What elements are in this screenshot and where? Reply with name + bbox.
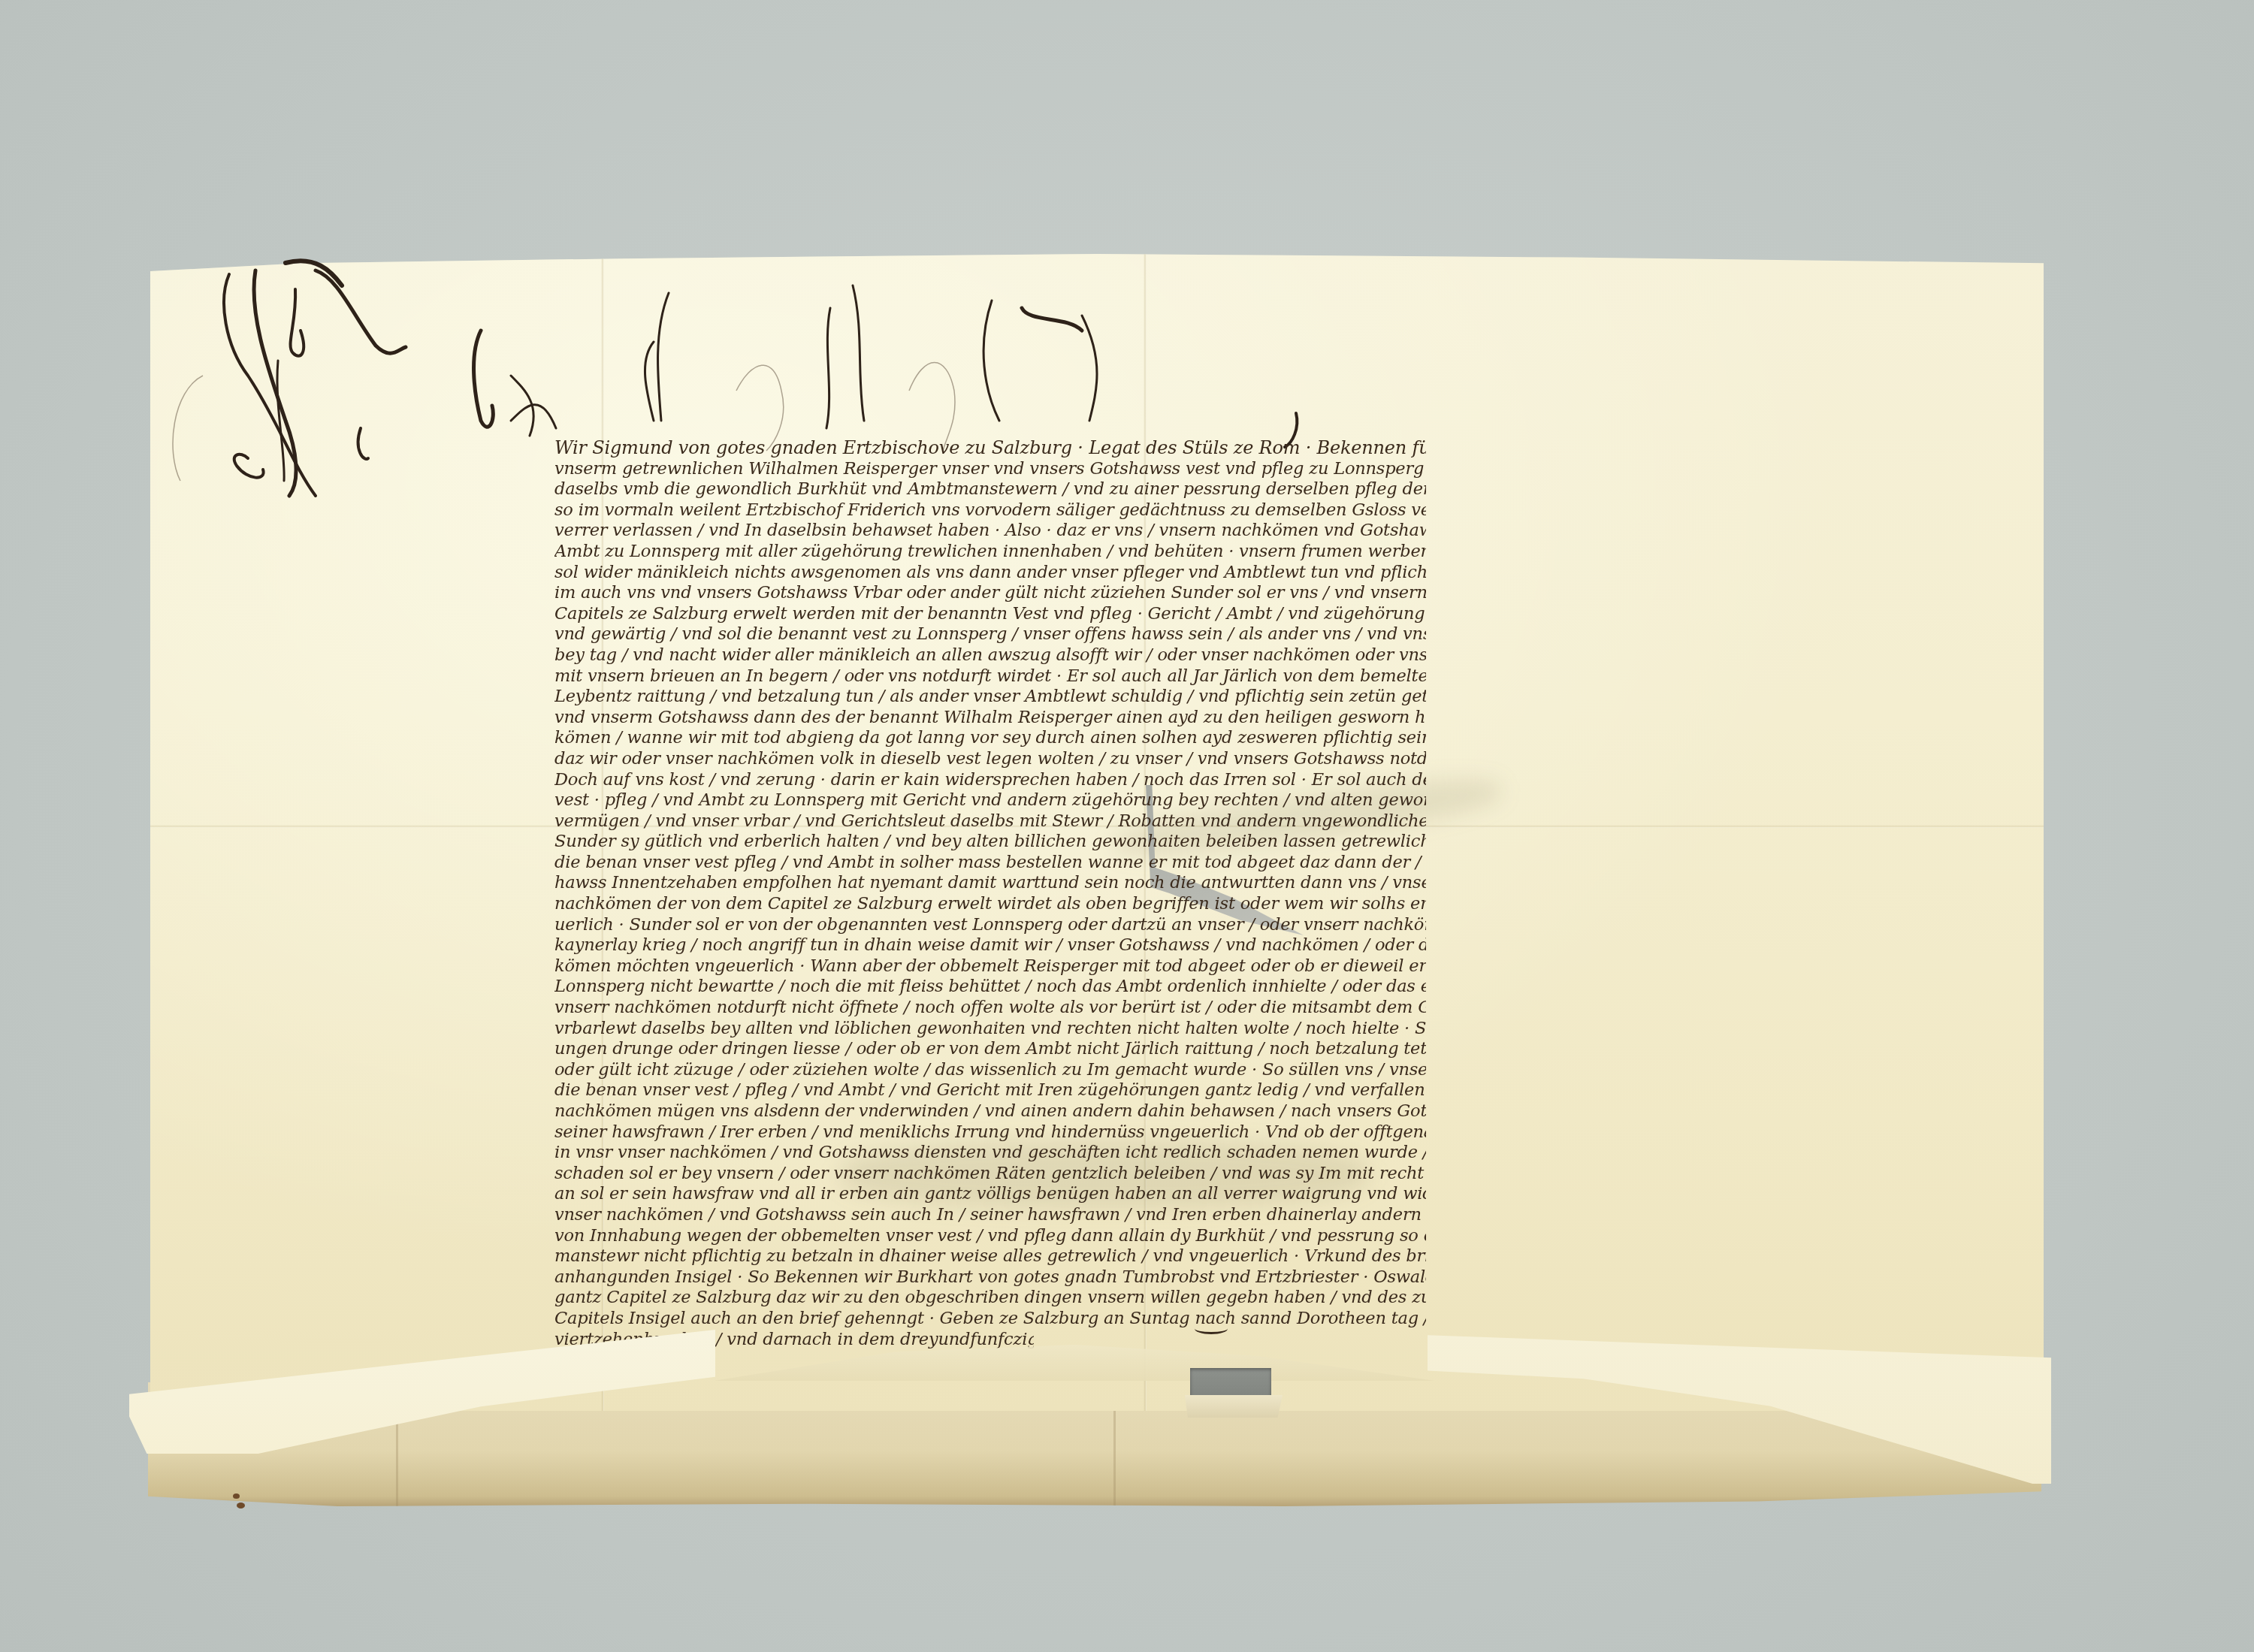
text-line: Doch auf vns kost / vnd zerung · darin e… [554,770,1426,791]
text-line: in vnsr vnser nachkömen / vnd Gotshawss … [554,1143,1426,1164]
text-line: im auch vns vnd vnsers Gotshawss Vrbar o… [554,583,1426,604]
text-line: so im vormaln weilent Ertzbischof Frider… [554,500,1426,521]
text-line: nachkömen der von dem Capitel ze Salzbur… [554,894,1426,915]
text-line: seiner hawsfrawn / Irer erben / vnd meni… [554,1122,1426,1143]
text-line: daselbs vmb die gewondlich Burkhüt vnd A… [554,479,1426,500]
text-line: Capitels ze Salzburg erwelt werden mit d… [554,604,1426,625]
text-line: mit vnsern brieuen an In begern / oder v… [554,666,1426,687]
text-line: Wir Sigmund von gotes gnaden Ertzbischov… [554,438,1426,459]
text-line: oder gült icht züzuge / oder züziehen wo… [554,1060,1426,1081]
text-line: daz wir oder vnser nachkömen volk in die… [554,749,1426,770]
seal-tag-strip [1185,1395,1283,1418]
text-line: manstewr nicht pflichtig zu betzaln in d… [554,1246,1426,1267]
text-line: vnser nachkömen / vnd Gotshawss sein auc… [554,1205,1426,1226]
text-line: Leybentz raittung / vnd betzalung tun / … [554,687,1426,708]
text-line: vermügen / vnd vnser vrbar / vnd Gericht… [554,811,1426,832]
text-line: vnd vnserm Gotshawss dann des der benann… [554,708,1426,729]
text-line: Ambt zu Lonnsperg mit aller zügehörung t… [554,542,1426,563]
text-line: Sunder sy gütlich vnd erberlich halten /… [554,832,1426,853]
text-line: gantz Capitel ze Salzburg daz wir zu den… [554,1288,1426,1309]
text-line: kaynerlay krieg / noch angriff tun in dh… [554,935,1426,956]
text-line: bey tag / vnd nacht wider aller mäniklei… [554,645,1426,666]
charter-text: Wir Sigmund von gotes gnaden Ertzbischov… [554,438,1426,1350]
text-line: schaden sol er bey vnsern / oder vnserr … [554,1164,1426,1185]
ink-stain [233,1493,240,1499]
text-line: nachkömen mügen vns alsdenn der vnderwin… [554,1101,1426,1122]
text-line: Capitels Insigel auch an den brief gehen… [554,1309,1426,1330]
text-line: von Innhabung wegen der obbemelten vnser… [554,1226,1426,1247]
text-line: an sol er sein hawsfraw vnd all ir erben… [554,1184,1426,1205]
document-scan: Wir Sigmund von gotes gnaden Ertzbischov… [0,0,2254,1652]
text-line: vnd gewärtig / vnd sol die benannt vest … [554,624,1426,645]
text-line: vest · pfleg / vnd Ambt zu Lonnsperg mit… [554,790,1426,811]
text-line: vrbarlewt daselbs bey allten vnd löblich… [554,1019,1426,1040]
text-line: Lonnsperg nicht bewartte / noch die mit … [554,977,1426,998]
text-line: die benan vnser vest / pfleg / vnd Ambt … [554,1080,1426,1101]
text-line: hawss Innentzehaben empfolhen hat nyeman… [554,873,1426,894]
text-line: vnserr nachkömen notdurft nicht öffnete … [554,998,1426,1019]
text-line: anhangunden Insigel · So Bekennen wir Bu… [554,1267,1426,1288]
text-line: verrer verlassen / vnd In daselbsin beha… [554,521,1426,542]
text-line: uerlich · Sunder sol er von der obgenann… [554,915,1426,936]
text-line: vnserm getrewnlichen Wilhalmen Reisperge… [554,459,1426,480]
text-line: ungen drunge oder dringen liesse / oder … [554,1039,1426,1060]
ink-stain [237,1503,245,1509]
closing-flourish [1195,1323,1228,1334]
text-line: kömen möchten vngeuerlich · Wann aber de… [554,956,1426,977]
text-line: sol wider mänikleich nichts awsgenomen a… [554,563,1426,584]
text-line: die benan vnser vest pfleg / vnd Ambt in… [554,853,1426,874]
text-line: kömen / wanne wir mit tod abgieng da got… [554,728,1426,749]
